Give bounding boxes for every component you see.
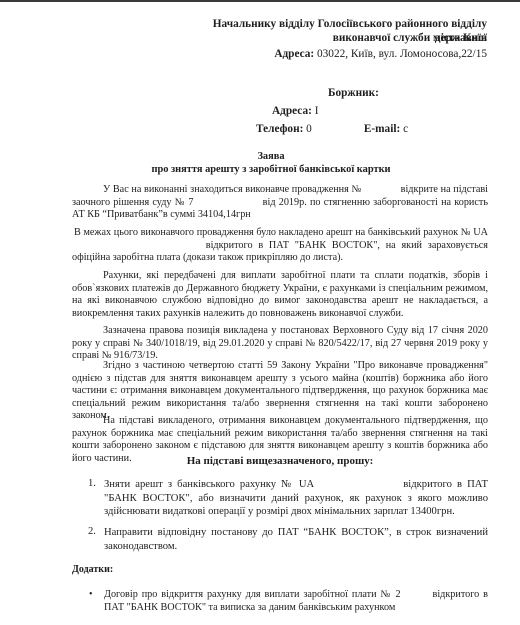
document-page: Начальнику відділу Голосіївського районн… bbox=[0, 0, 520, 625]
paragraph-enforcement: У Вас на виконанні знаходиться виконавче… bbox=[72, 184, 488, 222]
document-title: Заява bbox=[140, 151, 402, 162]
paragraph-text: В межах цього виконавчого провадження бу… bbox=[74, 227, 488, 238]
debtor-line: Боржник: bbox=[328, 86, 379, 100]
phone-label: Телефон: bbox=[256, 123, 303, 135]
email-label: E-mail: bbox=[364, 123, 400, 135]
request-text: Зняти арешт з банківського рахунку № UA bbox=[104, 479, 314, 490]
paragraph-law-article: Згідно з частиною четвертою статті 59 За… bbox=[72, 360, 488, 423]
request-item-1: Зняти арешт з банківського рахунку № UA … bbox=[104, 478, 488, 519]
addressee-address: Адреса: 03022, Київ, вул. Ломоносова,22/… bbox=[180, 47, 487, 61]
debtor-address-line: Адреса: І bbox=[272, 104, 318, 118]
address-label: Адреса: bbox=[274, 48, 314, 60]
debtor-address-label: Адреса: bbox=[272, 105, 312, 117]
request-number-2: 2. bbox=[88, 526, 96, 537]
debtor-label: Боржник: bbox=[328, 87, 379, 99]
attachments-heading: Додатки: bbox=[72, 564, 113, 575]
phone-value: 0 bbox=[303, 123, 311, 135]
paragraph-text: відкритого в ПАТ "БАНК ВОСТОК", на який … bbox=[72, 240, 488, 264]
request-heading: На підставі вищезазначеного, прошу: bbox=[72, 455, 488, 467]
attachment-item: Договір про відкриття рахунку для виплат… bbox=[104, 589, 488, 614]
debtor-contact-line: Телефон: 0E-mail: с bbox=[256, 122, 408, 136]
address-value: 03022, Київ, вул. Ломоносова,22/15 bbox=[314, 48, 487, 60]
paragraph-text: У Вас на виконанні знаходиться виконавче… bbox=[103, 184, 364, 195]
document-subtitle: про зняття арешту з заробітної банківськ… bbox=[140, 164, 402, 175]
paragraph-legal-position: Зазначена правова позиція викладена у по… bbox=[72, 325, 488, 363]
request-number-1: 1. bbox=[88, 478, 96, 489]
addressee-line-2: виконавчої служби міста Київ bbox=[180, 31, 487, 45]
request-item-2: Направити відповідну постанову до ПАТ “Б… bbox=[104, 526, 488, 553]
debtor-address-value: І bbox=[312, 105, 319, 117]
bullet-icon: • bbox=[89, 589, 93, 600]
email-value: с bbox=[400, 123, 408, 135]
attachment-text: Договір про відкриття рахунку для виплат… bbox=[104, 589, 401, 600]
paragraph-special-accounts: Рахунки, які передбачені для виплати зар… bbox=[72, 270, 488, 320]
paragraph-arrest: В межах цього виконавчого провадження бу… bbox=[72, 227, 488, 265]
